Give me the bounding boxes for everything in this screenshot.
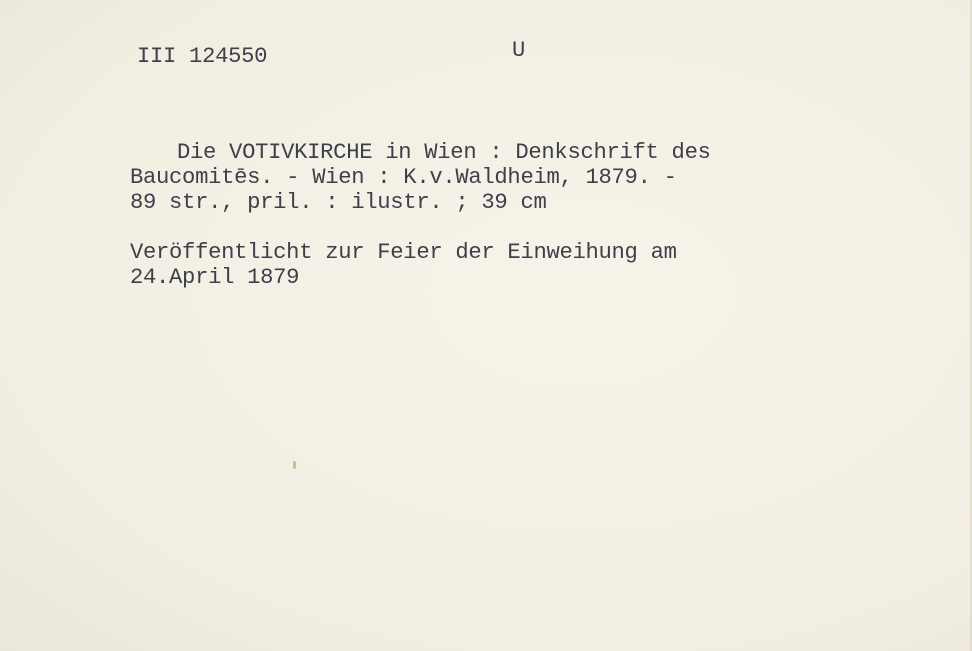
catalog-card: III 124550 U Die VOTIVKIRCHE in Wien : D…	[0, 0, 972, 651]
note-line-1: Veröffentlicht zur Feier der Einweihung …	[130, 240, 677, 265]
call-number: III 124550	[137, 44, 267, 69]
note-line-2: 24.April 1879	[130, 265, 299, 290]
location-mark: U	[512, 38, 525, 63]
physical-description-line: 89 str., pril. : ilustr. ; 39 cm	[130, 190, 546, 215]
publication-line: Baucomitēs. - Wien : K.v.Waldheim, 1879.…	[130, 165, 677, 190]
title-line: Die VOTIVKIRCHE in Wien : Denkschrift de…	[177, 140, 711, 165]
paper-speck	[293, 461, 296, 469]
